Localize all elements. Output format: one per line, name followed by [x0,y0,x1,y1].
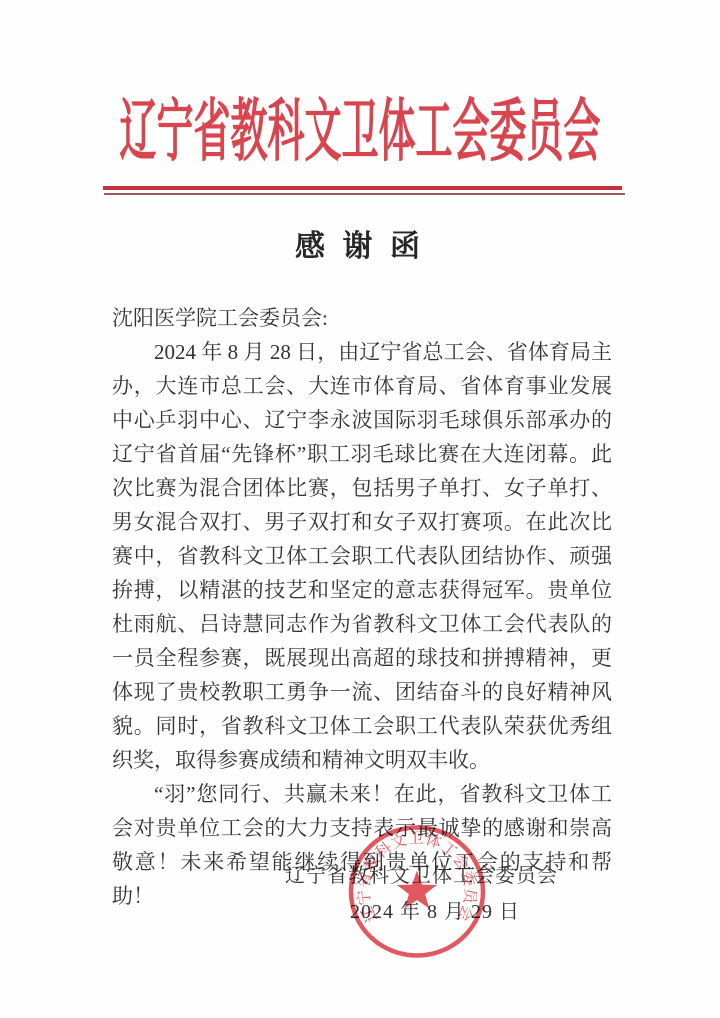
header-rule-thin [104,193,625,195]
letter-body: 沈阳医学院工会委员会: 2024 年 8 月 28 日，由辽宁省总工会、省体育局… [112,301,612,913]
paragraph-1: 2024 年 8 月 28 日，由辽宁省总工会、省体育局主办，大连市总工会、大连… [112,335,612,777]
header-rule-thick [103,186,622,190]
letterhead-title: 辽宁省教科文卫体工会委员会 [0,99,720,167]
letter-page: 辽宁省教科文卫体工会委员会 感 谢 函 沈阳医学院工会委员会: 2024 年 8… [0,0,720,1018]
signature-date: 2024 年 8 月 29 日 [350,895,520,924]
paragraph-2: “羽”您同行、共赢未来！在此，省教科文卫体工会对贵单位工会的大力支持表示最诚挚的… [112,777,612,913]
signature-org: 辽宁省教科文卫体工会委员会 [285,859,558,888]
document-title: 感 谢 函 [0,221,720,265]
salutation: 沈阳医学院工会委员会: [112,301,612,335]
